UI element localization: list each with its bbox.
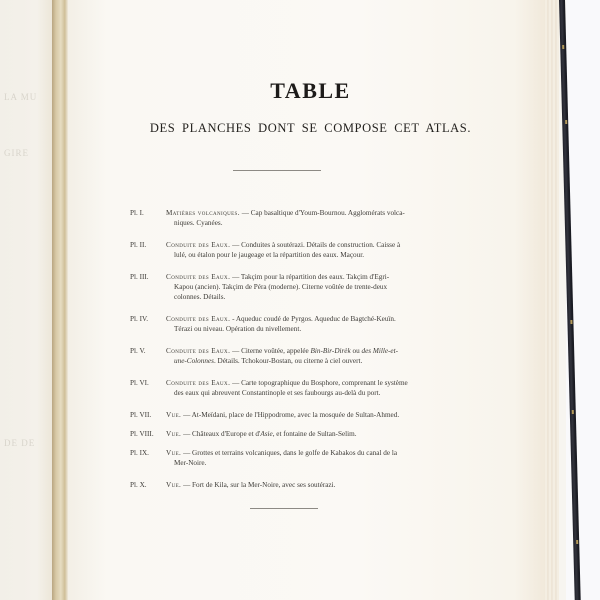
- page-title: TABLE: [68, 78, 553, 104]
- list-item: Pl. III. Conduite des Eaux. — Takçim pou…: [130, 272, 430, 302]
- plate-number: Pl. V.: [130, 346, 146, 356]
- plate-description: Vue. — Châteaux d'Europe et d'Asie, et f…: [166, 429, 430, 439]
- plate-description: Conduite des Eaux. — Conduites à soutéra…: [166, 240, 430, 260]
- plate-description: Conduite des Eaux. - Aqueduc coudé de Py…: [166, 314, 430, 334]
- plate-number: Pl. VIII.: [130, 429, 154, 439]
- left-page-ghost-text: DE DE: [4, 438, 35, 448]
- plate-number: Pl. IV.: [130, 314, 148, 324]
- list-item: Pl. IX. Vue. — Grottes et terrains volca…: [130, 448, 430, 468]
- page-subtitle: DES PLANCHES DONT SE COMPOSE CET ATLAS.: [68, 121, 553, 136]
- gilt-fleck: [572, 410, 574, 414]
- divider-bottom: [250, 508, 318, 509]
- plate-number: Pl. VI.: [130, 378, 149, 388]
- left-page-ghost-text: GIRE: [4, 148, 29, 158]
- plate-description: Vue. — At-Meïdani, place de l'Hippodrome…: [166, 410, 430, 420]
- list-item: Pl. II. Conduite des Eaux. — Conduites à…: [130, 240, 430, 260]
- left-page-ghost-text: LA MU: [4, 92, 37, 102]
- book-gutter: [52, 0, 68, 600]
- plate-number: Pl. II.: [130, 240, 146, 250]
- plates-list: Pl. I. Matières volcaniques. — Cap basal…: [130, 208, 430, 502]
- plate-description: Conduite des Eaux. — Citerne voûtée, app…: [166, 346, 430, 366]
- list-item: Pl. VII. Vue. — At-Meïdani, place de l'H…: [130, 410, 430, 420]
- open-book-photo: LA MU GIRE DE DE TABLE DES PLANCHES DONT…: [0, 0, 600, 600]
- plate-description: Matières volcaniques. — Cap basaltique d…: [166, 208, 430, 228]
- list-item: Pl. I. Matières volcaniques. — Cap basal…: [130, 208, 430, 228]
- list-item: Pl. X. Vue. — Fort de Kila, sur la Mer-N…: [130, 480, 430, 490]
- divider-top: [233, 170, 321, 171]
- gilt-fleck: [570, 320, 572, 324]
- list-item: Pl. IV. Conduite des Eaux. - Aqueduc cou…: [130, 314, 430, 334]
- plate-number: Pl. X.: [130, 480, 147, 490]
- plate-number: Pl. VII.: [130, 410, 151, 420]
- plate-description: Conduite des Eaux. — Takçim pour la répa…: [166, 272, 430, 302]
- left-facing-page: LA MU GIRE DE DE: [0, 0, 53, 600]
- list-item: Pl. V. Conduite des Eaux. — Citerne voût…: [130, 346, 430, 366]
- gilt-fleck: [565, 120, 567, 124]
- list-item: Pl. VIII. Vue. — Châteaux d'Europe et d'…: [130, 429, 430, 439]
- plate-description: Conduite des Eaux. — Carte topographique…: [166, 378, 430, 398]
- plate-description: Vue. — Fort de Kila, sur la Mer-Noire, a…: [166, 480, 430, 490]
- plate-number: Pl. III.: [130, 272, 149, 282]
- list-item: Pl. VI. Conduite des Eaux. — Carte topog…: [130, 378, 430, 398]
- plate-number: Pl. IX.: [130, 448, 149, 458]
- gilt-fleck: [562, 45, 564, 49]
- plate-description: Vue. — Grottes et terrains volcaniques, …: [166, 448, 430, 468]
- gilt-fleck: [576, 540, 578, 544]
- plate-number: Pl. I.: [130, 208, 144, 218]
